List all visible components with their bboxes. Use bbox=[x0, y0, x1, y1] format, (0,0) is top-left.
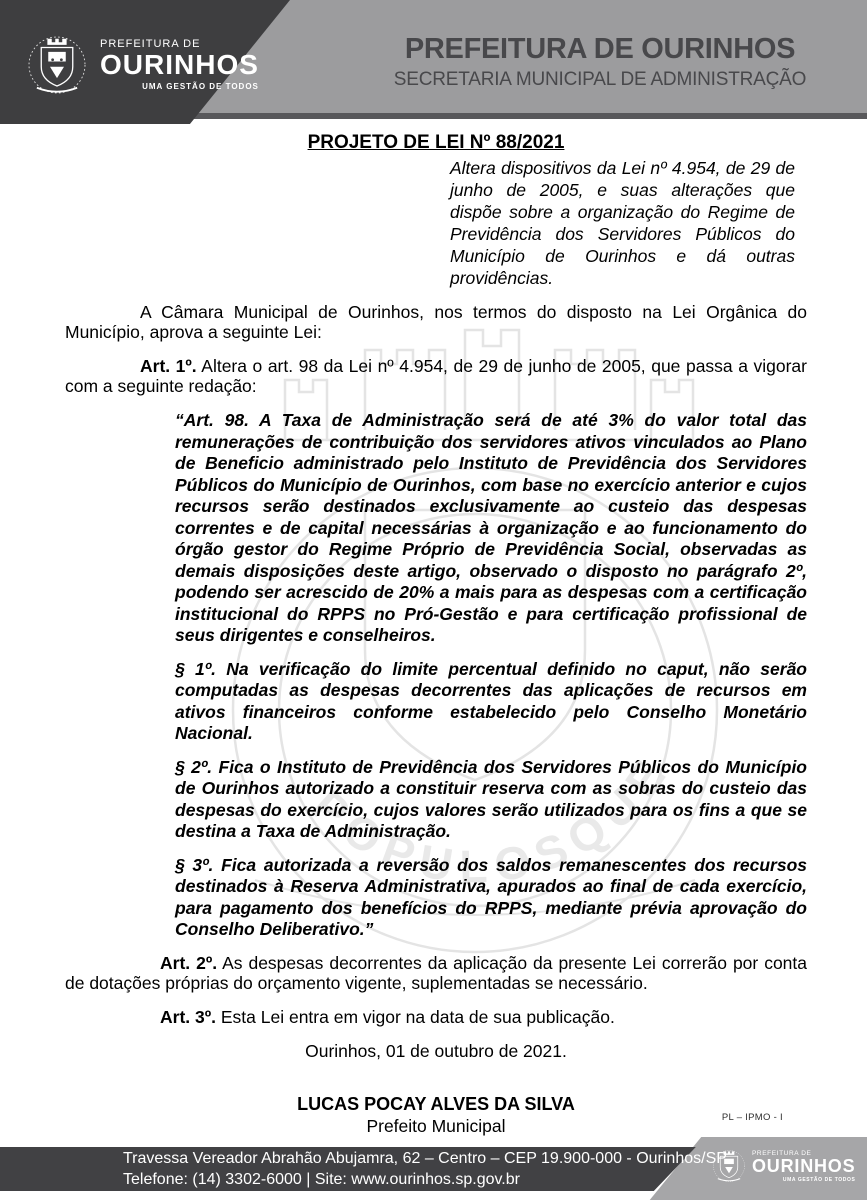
city-crest-icon bbox=[26, 30, 88, 100]
quote-paragraph-1: § 1º. Na verificação do limite percentua… bbox=[175, 659, 807, 745]
footer-logo-text: PREFEITURA DE OURINHOS UMA GESTÃO DE TOD… bbox=[752, 1146, 855, 1183]
footer-phone-site: Telefone: (14) 3302-6000 | Site: www.our… bbox=[123, 1169, 727, 1190]
city-logo-text: PREFEITURA DE OURINHOS UMA GESTÃO DE TOD… bbox=[100, 30, 259, 91]
header-titles: PREFEITURA DE OURINHOS SECRETARIA MUNICI… bbox=[390, 33, 810, 91]
dateline: Ourinhos, 01 de outubro de 2021. bbox=[65, 1041, 807, 1061]
footer-logo-city-name: OURINHOS bbox=[752, 1157, 855, 1176]
law-summary: Altera dispositivos da Lei nº 4.954, de … bbox=[450, 157, 795, 289]
footer-city-crest-icon bbox=[712, 1146, 746, 1186]
footer-logo-tagline: UMA GESTÃO DE TODOS bbox=[752, 1177, 855, 1183]
signature-name: LUCAS POCAY ALVES DA SILVA bbox=[65, 1093, 807, 1115]
footer-contact-block: Travessa Vereador Abrahão Abujamra, 62 –… bbox=[123, 1148, 727, 1190]
header-subtitle: SECRETARIA MUNICIPAL DE ADMINISTRAÇÃO bbox=[390, 69, 810, 91]
logo-city-name: OURINHOS bbox=[100, 50, 259, 80]
article-2-label: Art. 2º. bbox=[160, 953, 217, 973]
quote-paragraph-3: § 3º. Fica autorizada a reversão dos sal… bbox=[175, 855, 807, 941]
law-title: PROJETO DE LEI Nº 88/2021 bbox=[65, 132, 807, 154]
article-3-label: Art. 3º. bbox=[160, 1007, 216, 1027]
document-reference-code: PL – IPMO - I bbox=[722, 1112, 783, 1123]
footer-city-logo: PREFEITURA DE OURINHOS UMA GESTÃO DE TOD… bbox=[712, 1146, 855, 1186]
article-2: Art. 2º. As despesas decorrentes da apli… bbox=[65, 953, 807, 993]
signature-block: LUCAS POCAY ALVES DA SILVA Prefeito Muni… bbox=[65, 1093, 807, 1137]
article-3: Art. 3º. Esta Lei entra em vigor na data… bbox=[65, 1007, 807, 1027]
preamble-paragraph: A Câmara Municipal de Ourinhos, nos term… bbox=[65, 302, 807, 342]
header-title: PREFEITURA DE OURINHOS bbox=[390, 33, 810, 66]
article-3-text: Esta Lei entra em vigor na data de sua p… bbox=[216, 1007, 615, 1027]
quote-caput: “Art. 98. A Taxa de Administração será d… bbox=[175, 410, 807, 647]
city-logo: PREFEITURA DE OURINHOS UMA GESTÃO DE TOD… bbox=[26, 30, 259, 100]
page-footer: Travessa Vereador Abrahão Abujamra, 62 –… bbox=[0, 1137, 867, 1200]
quoted-article-block: “Art. 98. A Taxa de Administração será d… bbox=[175, 410, 807, 941]
logo-tagline: UMA GESTÃO DE TODOS bbox=[100, 82, 259, 91]
article-1-label: Art. 1º. bbox=[140, 356, 197, 376]
page-header: PREFEITURA DE OURINHOS UMA GESTÃO DE TOD… bbox=[0, 0, 867, 124]
quote-paragraph-2: § 2º. Fica o Instituto de Previdência do… bbox=[175, 757, 807, 843]
document-page: PREFEITURA DE OURINHOS UMA GESTÃO DE TOD… bbox=[0, 0, 867, 1200]
document-content: PROJETO DE LEI Nº 88/2021 Altera disposi… bbox=[65, 126, 807, 1137]
footer-address: Travessa Vereador Abrahão Abujamra, 62 –… bbox=[123, 1148, 727, 1169]
article-1: Art. 1º. Altera o art. 98 da Lei nº 4.95… bbox=[65, 356, 807, 396]
signature-role: Prefeito Municipal bbox=[65, 1115, 807, 1137]
